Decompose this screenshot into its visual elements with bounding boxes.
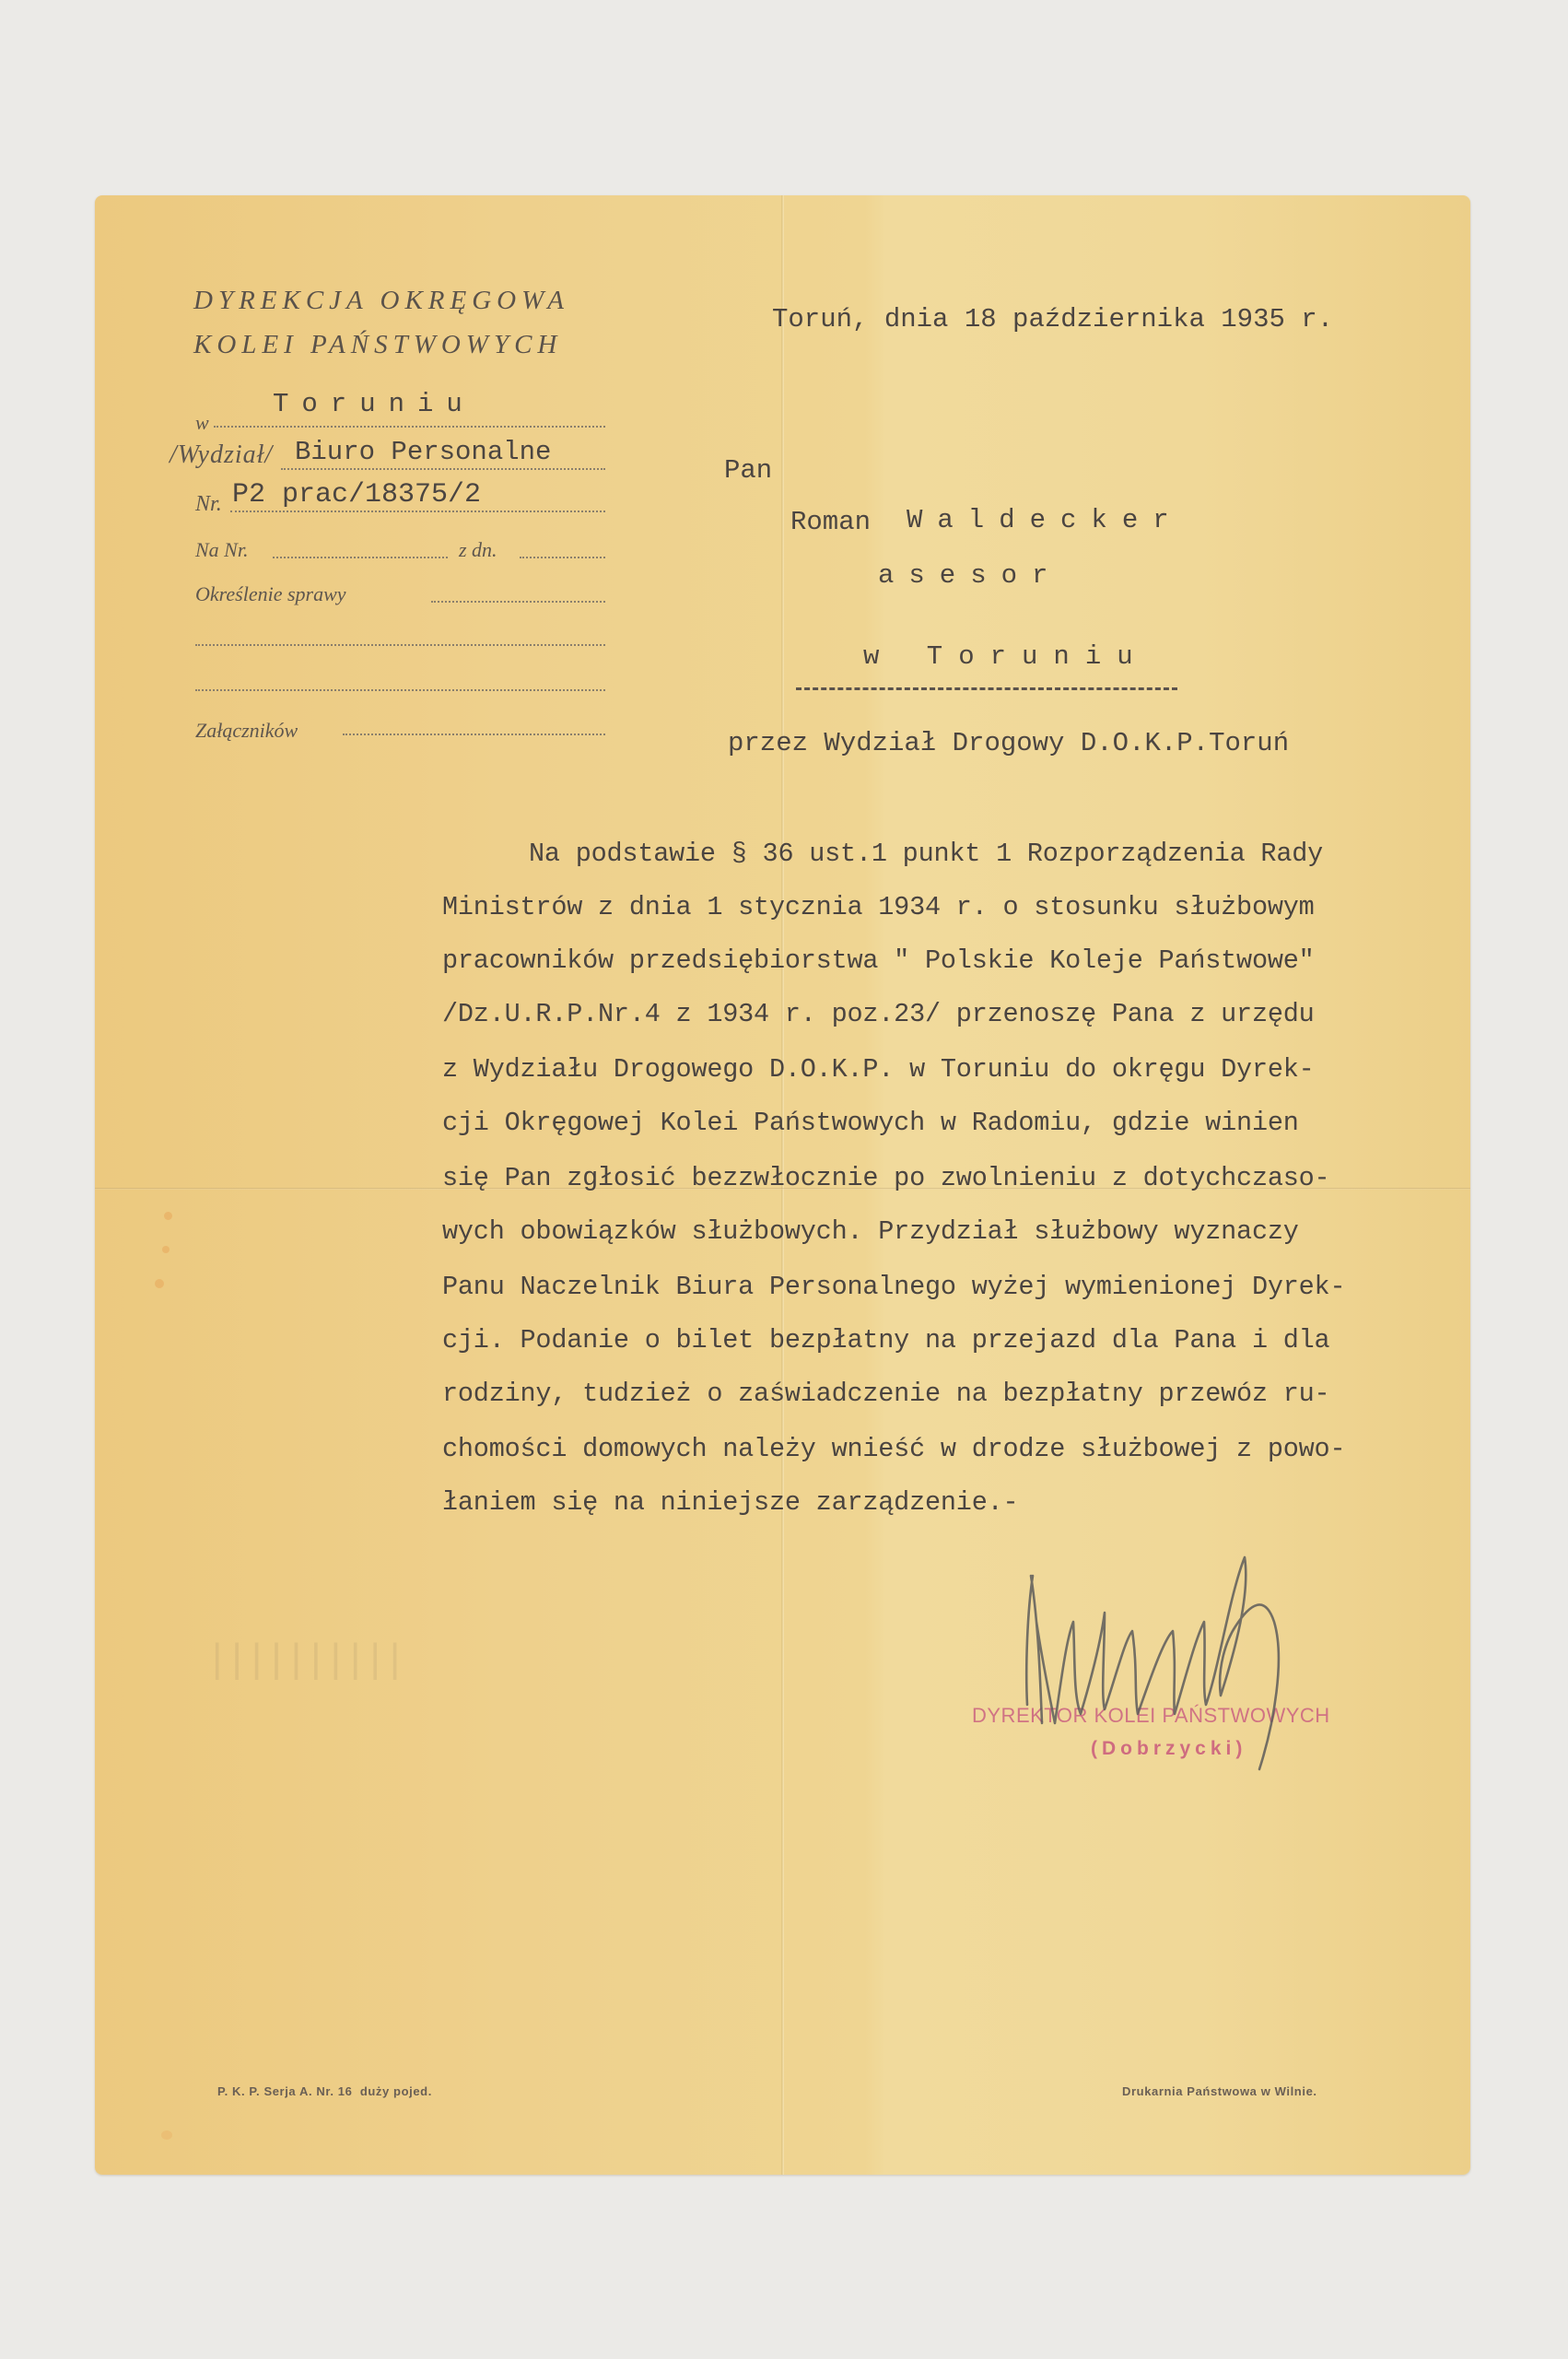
- letterhead-line-1: DYREKCJA OKRĘGOWA: [193, 286, 569, 316]
- body-line: Panu Naczelnik Biura Personalnego wyżej …: [442, 1272, 1345, 1302]
- subject-field-line-2: [195, 644, 605, 646]
- division-field-value: Biuro Personalne: [295, 437, 551, 467]
- z-dn-label: z dn.: [459, 538, 497, 562]
- location-underline: [796, 687, 1177, 690]
- body-line: Ministrów z dnia 1 stycznia 1934 r. o st…: [442, 892, 1315, 922]
- subject-label: Określenie sprawy: [195, 582, 346, 606]
- printer-imprint: Drukarnia Państwowa w Wilnie.: [1122, 2084, 1317, 2098]
- w-field-value: Toruniu: [273, 389, 475, 419]
- salutation: Pan: [724, 455, 772, 486]
- division-field-line: [281, 468, 605, 470]
- body-line: się Pan zgłosić bezzwłocznie po zwolnien…: [442, 1163, 1329, 1193]
- nr-field-line: [230, 511, 605, 512]
- body-line: cji. Podanie o bilet bezpłatny na przeja…: [442, 1325, 1329, 1356]
- form-code: P. K. P. Serja A. Nr. 16 duży pojed.: [217, 2084, 432, 2098]
- paper-stain: [161, 2130, 172, 2140]
- attachments-label: Załączników: [195, 719, 298, 743]
- body-line: /Dz.U.R.P.Nr.4 z 1934 r. poz.23/ przenos…: [442, 999, 1315, 1029]
- body-line: łaniem się na niniejsze zarządzenie.-: [442, 1487, 1018, 1518]
- subject-field-line-3: [195, 689, 605, 691]
- body-line: pracowników przedsiębiorstwa " Polskie K…: [442, 945, 1315, 976]
- division-label: /Wydział/: [170, 440, 273, 470]
- body-line: chomości domowych należy wnieść w drodze…: [442, 1434, 1345, 1464]
- nr-label: Nr.: [195, 492, 222, 517]
- w-field-line: [214, 426, 605, 428]
- addressee-last-name: Waldecker: [907, 505, 1184, 535]
- na-nr-label: Na Nr.: [195, 538, 248, 562]
- nr-field-value: P2 prac/18375/2: [232, 479, 481, 511]
- addressee-via: przez Wydział Drogowy D.O.K.P.Toruń: [728, 728, 1289, 758]
- addressee-title: asesor: [878, 560, 1062, 591]
- handwritten-signature: [1009, 1539, 1359, 1797]
- paper-stain: [155, 1279, 164, 1288]
- attachments-field-line: [343, 734, 605, 735]
- letterhead-line-2: KOLEI PAŃSTWOWYCH: [193, 330, 562, 360]
- z-dn-field-line: [520, 557, 605, 558]
- body-line: Na podstawie § 36 ust.1 punkt 1 Rozporzą…: [529, 839, 1323, 869]
- paper-stain: [164, 1212, 172, 1220]
- body-line: cji Okręgowej Kolei Państwowych w Radomi…: [442, 1108, 1299, 1138]
- body-line: z Wydziału Drogowego D.O.K.P. w Toruniu …: [442, 1054, 1315, 1085]
- dateline: Toruń, dnia 18 października 1935 r.: [772, 304, 1333, 334]
- addressee-location: w Toruniu: [863, 641, 1149, 672]
- subject-field-line-1: [431, 601, 605, 603]
- addressee-first-name: Roman: [790, 507, 871, 537]
- bleed-through-text: ||||||||||: [212, 1636, 409, 1682]
- body-line: wych obowiązków służbowych. Przydział sł…: [442, 1216, 1299, 1247]
- na-nr-field-line: [273, 557, 448, 558]
- paper-stain: [162, 1246, 170, 1253]
- w-label: w: [195, 411, 209, 435]
- body-line: rodziny, tudzież o zaświadczenie na bezp…: [442, 1379, 1329, 1409]
